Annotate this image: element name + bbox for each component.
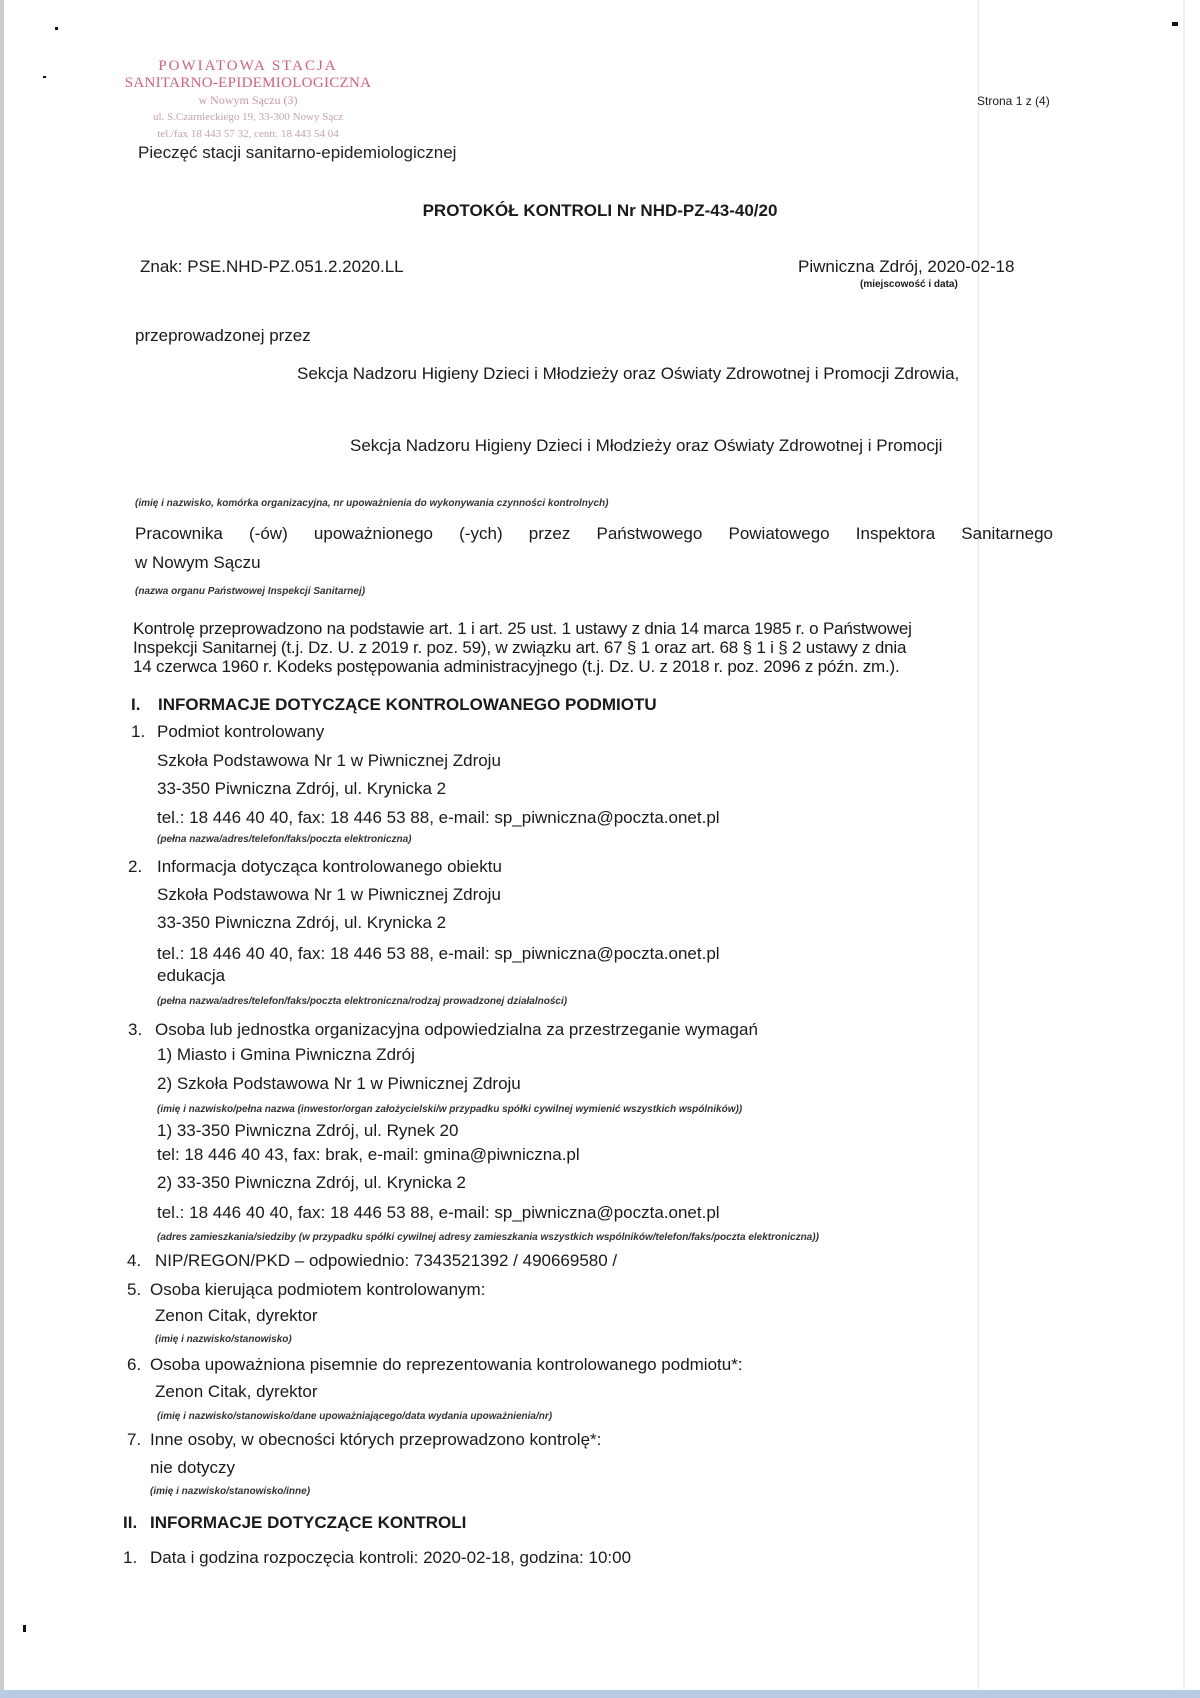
scan-speck	[1172, 22, 1178, 26]
entity-manager-caption: (imię i nazwisko/stanowisko)	[155, 1334, 292, 1345]
seal-caption: Pieczęć stacji sanitarno-epidemiologiczn…	[138, 143, 456, 163]
stamp-line: ul. S.Czarnieckiego 19, 33-300 Nowy Sącz	[118, 109, 378, 126]
item-number: 1.	[123, 1548, 137, 1568]
item-number: 1.	[131, 722, 145, 742]
responsible-party-2-address: 2) 33-350 Piwniczna Zdrój, ul. Krynicka …	[157, 1173, 466, 1193]
reference-number: Znak: PSE.NHD-PZ.051.2.2020.LL	[140, 257, 404, 277]
item-number: 7.	[127, 1430, 141, 1450]
responsible-party-1-address: 1) 33-350 Piwniczna Zdrój, ul. Rynek 20	[157, 1121, 458, 1141]
item-number: 5.	[127, 1280, 141, 1300]
controlled-entity-caption: (pełna nazwa/adres/telefon/faks/poczta e…	[157, 834, 412, 845]
controlled-object-activity: edukacja	[157, 966, 225, 986]
responsible-party-2-contact: tel.: 18 446 40 40, fax: 18 446 53 88, e…	[157, 1203, 720, 1223]
controlled-object-caption: (pełna nazwa/adres/telefon/faks/poczta e…	[157, 996, 567, 1007]
place-date-caption: (miejscowość i data)	[860, 279, 958, 290]
stamp-line: SANITARNO-EPIDEMIOLOGICZNA	[118, 75, 378, 92]
scan-edge-bottom	[0, 1690, 1200, 1698]
legal-basis-line: 14 czerwca 1960 r. Kodeks postępowania a…	[133, 657, 900, 677]
authority-location: w Nowym Sączu	[135, 553, 261, 573]
document-page: POWIATOWA STACJA SANITARNO-EPIDEMIOLOGIC…	[0, 0, 1200, 1698]
section-2-numeral: II.	[123, 1513, 137, 1533]
legal-basis-line: Inspekcji Sanitarnej (t.j. Dz. U. z 2019…	[133, 638, 906, 658]
responsible-party-address-caption: (adres zamieszkania/siedziby (w przypadk…	[157, 1232, 819, 1243]
legal-basis-line: Kontrolę przeprowadzono na podstawie art…	[133, 619, 912, 639]
controlled-object-contact: tel.: 18 446 40 40, fax: 18 446 53 88, e…	[157, 944, 720, 964]
controlled-object-label: Informacja dotycząca kontrolowanego obie…	[157, 857, 502, 877]
section-2-heading: INFORMACJE DOTYCZĄCE KONTROLI	[150, 1513, 466, 1533]
tax-ids: NIP/REGON/PKD – odpowiednio: 7343521392 …	[155, 1251, 617, 1271]
authority-caption: (nazwa organu Państwowej Inspekcji Sanit…	[135, 586, 365, 597]
controlled-entity-name: Szkoła Podstawowa Nr 1 w Piwnicznej Zdro…	[157, 751, 501, 771]
document-title: PROTOKÓŁ KONTROLI Nr NHD-PZ-43-40/20	[0, 201, 1200, 221]
other-persons-label: Inne osoby, w obecności których przeprow…	[150, 1430, 601, 1450]
scan-speck	[55, 27, 58, 30]
responsible-party-1-contact: tel: 18 446 40 43, fax: brak, e-mail: gm…	[157, 1145, 580, 1165]
scan-speck	[43, 76, 46, 78]
scan-speck	[23, 1625, 26, 1632]
other-persons-caption: (imię i nazwisko/stanowisko/inne)	[150, 1486, 310, 1497]
authorized-representative-value: Zenon Citak, dyrektor	[155, 1382, 318, 1402]
section-1-heading: INFORMACJE DOTYCZĄCE KONTROLOWANEGO PODM…	[158, 695, 657, 715]
controlled-entity-label: Podmiot kontrolowany	[157, 722, 324, 742]
inspection-start-datetime: Data i godzina rozpoczęcia kontroli: 202…	[150, 1548, 631, 1568]
stamp-line: POWIATOWA STACJA	[118, 58, 378, 75]
stamp-line: w Nowym Sączu (3)	[118, 92, 378, 109]
controlled-entity-address: 33-350 Piwniczna Zdrój, ul. Krynicka 2	[157, 779, 446, 799]
sanitary-station-stamp: POWIATOWA STACJA SANITARNO-EPIDEMIOLOGIC…	[118, 58, 378, 143]
section-1-numeral: I.	[131, 695, 140, 715]
controlled-entity-contact: tel.: 18 446 40 40, fax: 18 446 53 88, e…	[157, 808, 720, 828]
authorized-representative-label: Osoba upoważniona pisemnie do reprezento…	[150, 1355, 743, 1375]
controlled-object-address: 33-350 Piwniczna Zdrój, ul. Krynicka 2	[157, 913, 446, 933]
responsible-party-caption: (imię i nazwisko/pełna nazwa (inwestor/o…	[157, 1104, 742, 1115]
authorized-representative-caption: (imię i nazwisko/stanowisko/dane upoważn…	[157, 1411, 552, 1422]
responsible-party-label: Osoba lub jednostka organizacyjna odpowi…	[155, 1020, 758, 1040]
item-number: 2.	[128, 857, 142, 877]
scan-edge-right	[1183, 0, 1185, 1690]
page-counter: Strona 1 z (4)	[977, 94, 1050, 108]
scan-fold-line	[978, 0, 979, 1690]
place-and-date: Piwniczna Zdrój, 2020-02-18	[798, 257, 1014, 277]
inspector-caption: (imię i nazwisko, komórka organizacyjna,…	[135, 498, 608, 509]
item-number: 4.	[127, 1251, 141, 1271]
entity-manager-value: Zenon Citak, dyrektor	[155, 1306, 318, 1326]
inspection-unit-2: Sekcja Nadzoru Higieny Dzieci i Młodzież…	[350, 436, 942, 456]
responsible-party-2: 2) Szkoła Podstawowa Nr 1 w Piwnicznej Z…	[157, 1074, 521, 1094]
scan-edge-left	[0, 0, 4, 1698]
controlled-object-name: Szkoła Podstawowa Nr 1 w Piwnicznej Zdro…	[157, 885, 501, 905]
conducted-by-label: przeprowadzonej przez	[135, 326, 311, 346]
item-number: 3.	[128, 1020, 142, 1040]
responsible-party-1: 1) Miasto i Gmina Piwniczna Zdrój	[157, 1045, 415, 1065]
item-number: 6.	[127, 1355, 141, 1375]
entity-manager-label: Osoba kierująca podmiotem kontrolowanym:	[150, 1280, 485, 1300]
inspection-unit-1: Sekcja Nadzoru Higieny Dzieci i Młodzież…	[297, 364, 959, 384]
stamp-line: tel./fax 18 443 57 32, centr. 18 443 54 …	[118, 126, 378, 143]
authority-line: Pracownika (-ów) upoważnionego (-ych) pr…	[135, 524, 1053, 544]
other-persons-value: nie dotyczy	[150, 1458, 235, 1478]
